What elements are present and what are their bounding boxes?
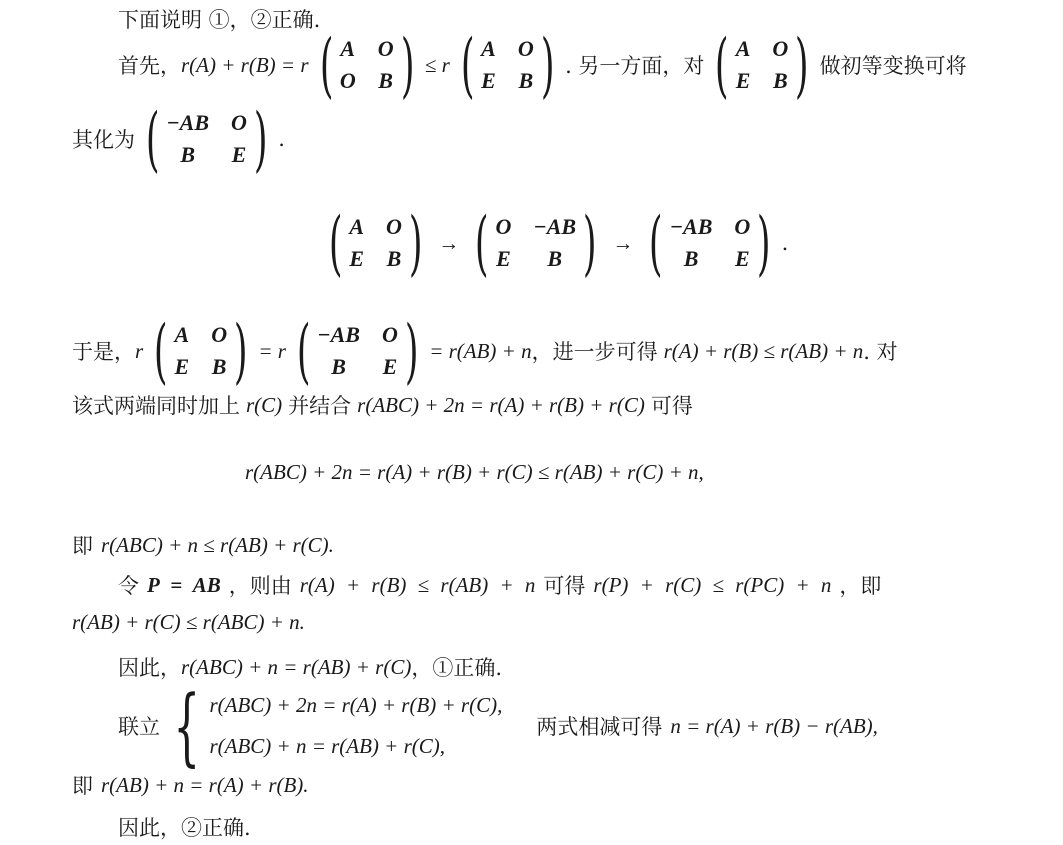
equation: r(ABC) + n = r(AB) + r(C), xyxy=(209,734,502,759)
text: ，进一步可得 xyxy=(532,336,658,366)
inequality-line: r(AB) + r(C) ≤ r(ABC) + n. xyxy=(72,610,305,635)
cell: E xyxy=(481,68,496,94)
cell: O xyxy=(382,322,398,348)
cell: B xyxy=(386,246,402,272)
text: 该式两端同时加上 xyxy=(72,390,240,420)
matrix-chain-display: ( A O E B ) → ( O −AB E B ) → ( −AB O B … xyxy=(318,208,788,278)
cell: E xyxy=(382,354,398,380)
formula: r(ABC) + 2n = r(A) + r(B) + r(C) xyxy=(357,393,645,418)
matrix-negAB: ( −AB O B E ) xyxy=(139,104,274,174)
display-inequality: r(ABC) + 2n = r(A) + r(B) + r(C) ≤ r(AB)… xyxy=(245,460,704,485)
cell: E xyxy=(349,246,364,272)
rank-equality-line: 于是， r ( A O E B ) = r ( −AB O B E ) = r(… xyxy=(72,316,898,386)
formula: r(AB) + n = r(A) + r(B). xyxy=(101,773,309,798)
cell: B xyxy=(518,68,534,94)
formula: r(P) + r(C) ≤ r(PC) + n xyxy=(593,573,831,598)
matrix-AO-EB: ( A O E B ) xyxy=(708,30,815,100)
cell: O xyxy=(496,214,512,240)
cell: B xyxy=(211,354,227,380)
transform-line: 其化为 ( −AB O B E ) . xyxy=(72,104,285,174)
period: . xyxy=(782,231,789,255)
formula: P = AB xyxy=(147,573,221,598)
cell: B xyxy=(772,68,788,94)
text: . 另一方面，对 xyxy=(565,50,704,80)
text: 于是， xyxy=(72,336,135,366)
text: 可得 xyxy=(543,570,585,600)
cell: E xyxy=(734,246,750,272)
text: . xyxy=(278,127,285,151)
combine-line: 该式两端同时加上 r(C) 并结合 r(ABC) + 2n = r(A) + r… xyxy=(72,390,693,420)
result-line: 即 r(ABC) + n ≤ r(AB) + r(C). xyxy=(72,530,334,560)
text: . 对 xyxy=(863,336,897,366)
text: 做初等变换可将 xyxy=(820,50,967,80)
formula: r(AB) + r(C) ≤ r(ABC) + n. xyxy=(72,610,305,635)
cell: O xyxy=(734,214,750,240)
matrix-AO-OB: ( A O O B ) xyxy=(313,30,421,100)
text: 首先， xyxy=(118,50,181,80)
arrow-icon: → xyxy=(433,231,464,256)
text: 并结合 xyxy=(288,390,351,420)
matrix-AO-EB: ( A O E B ) xyxy=(147,316,254,386)
text: 因此， xyxy=(118,652,181,682)
cell: A xyxy=(349,214,364,240)
cell: B xyxy=(166,142,209,168)
formula: n = r(A) + r(B) − r(AB), xyxy=(670,714,878,739)
cell: E xyxy=(175,354,190,380)
equation: r(ABC) + 2n = r(A) + r(B) + r(C), xyxy=(209,693,502,718)
cell: A xyxy=(736,36,751,62)
conclusion2-line: 因此，②正确. xyxy=(118,812,251,842)
brace-icon: { xyxy=(173,684,200,768)
cell: O xyxy=(386,214,402,240)
text: 可得 xyxy=(651,390,693,420)
cell: −AB xyxy=(166,110,209,136)
cell: O xyxy=(518,36,534,62)
final-line: 即 r(AB) + n = r(A) + r(B). xyxy=(72,770,309,800)
cell: B xyxy=(317,354,360,380)
cell: −AB xyxy=(317,322,360,348)
text: 其化为 xyxy=(72,124,135,154)
formula: r(ABC) + n ≤ r(AB) + r(C). xyxy=(101,533,334,558)
cell: E xyxy=(231,142,247,168)
substitution-line: 令 P = AB ，则由 r(A) + r(B) ≤ r(AB) + n 可得 … xyxy=(118,570,881,600)
cell: O xyxy=(211,322,227,348)
formula: = r(AB) + n xyxy=(429,339,531,364)
text: 即 xyxy=(72,770,93,800)
text: ，即 xyxy=(839,570,881,600)
formula: r(A) + r(B) ≤ r(AB) + n xyxy=(664,339,864,364)
formula: r(ABC) + n = r(AB) + r(C) xyxy=(181,655,411,680)
cell: O xyxy=(340,68,356,94)
cell: O xyxy=(378,36,394,62)
equation-system: r(ABC) + 2n = r(A) + r(B) + r(C), r(ABC)… xyxy=(209,693,502,759)
formula: ≤ r xyxy=(425,53,450,78)
cell: E xyxy=(736,68,751,94)
matrix-negAB: ( −AB O B E ) xyxy=(290,316,425,386)
text: 因此，②正确. xyxy=(118,812,251,842)
cell: −AB xyxy=(533,214,576,240)
matrix-AO-EB: ( A O E B ) xyxy=(454,30,561,100)
text: 即 xyxy=(72,530,93,560)
formula: r(A) + r(B) = r xyxy=(181,53,309,78)
formula: r(ABC) + 2n = r(A) + r(B) + r(C) ≤ r(AB)… xyxy=(245,460,704,485)
formula: r(A) + r(B) ≤ r(AB) + n xyxy=(300,573,536,598)
text: 令 xyxy=(118,570,139,600)
matrix-negAB: ( −AB O B E ) xyxy=(642,208,777,278)
matrix-O-negAB: ( O −AB E B ) xyxy=(468,208,603,278)
text: 两式相减可得 xyxy=(536,711,662,741)
arrow-icon: → xyxy=(607,231,638,256)
formula: = r xyxy=(258,339,286,364)
cell: A xyxy=(340,36,356,62)
cell: A xyxy=(481,36,496,62)
matrix-AO-EB: ( A O E B ) xyxy=(322,208,429,278)
cell: B xyxy=(378,68,394,94)
cell: O xyxy=(772,36,788,62)
text: 联立 xyxy=(118,711,160,741)
text: ，则由 xyxy=(229,570,292,600)
system-line: 联立 { r(ABC) + 2n = r(A) + r(B) + r(C), r… xyxy=(118,684,878,768)
formula: r xyxy=(135,339,143,364)
cell: B xyxy=(533,246,576,272)
cell: B xyxy=(670,246,713,272)
cell: E xyxy=(496,246,512,272)
cell: −AB xyxy=(670,214,713,240)
formula: r(C) xyxy=(246,393,282,418)
text: ，①正确. xyxy=(411,652,502,682)
rank-inequality-line: 首先， r(A) + r(B) = r ( A O O B ) ≤ r ( A … xyxy=(118,30,967,100)
cell: A xyxy=(175,322,190,348)
cell: O xyxy=(231,110,247,136)
